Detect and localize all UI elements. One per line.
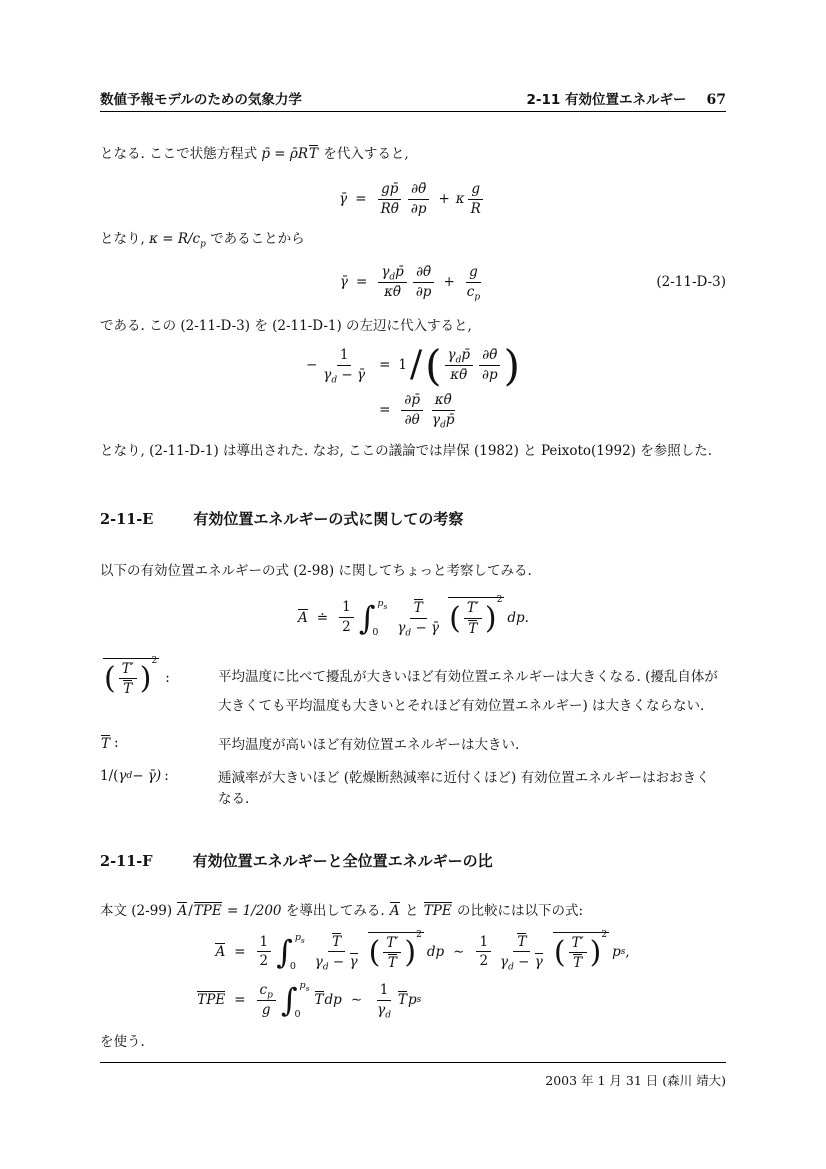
numerator: g	[471, 181, 480, 197]
math-token: − γ̄)	[132, 768, 161, 784]
limit-lower: 0	[372, 627, 387, 638]
equals-sign: =	[355, 191, 366, 207]
slash: /	[188, 903, 193, 919]
denominator: κθ̄	[384, 284, 401, 300]
text: であることから	[206, 231, 305, 247]
term-desc: 平均温度に比べて擾乱が大きいほど有効位置エネルギーは大きくなる. (擾乱自体が …	[218, 658, 726, 721]
fraction: κθ̄γdp̄	[429, 392, 458, 429]
math-token: 1/(	[100, 768, 118, 784]
text: を代入すると,	[319, 146, 409, 162]
section-heading-e: 2-11-E 有効位置エネルギーの式に関しての考察	[100, 508, 726, 529]
overline-T: T	[101, 735, 110, 753]
overline-T: T	[315, 991, 324, 1009]
overline-A: A	[390, 902, 400, 920]
section-number: 2-11-F	[100, 853, 153, 870]
term-math: T :	[100, 735, 218, 753]
overline-A: A	[177, 902, 187, 920]
math-token: p̄	[461, 347, 470, 363]
chapter-title: 2-11 有効位置エネルギー	[527, 88, 687, 108]
numerator: ∂θ̄	[411, 181, 426, 197]
header-right: 2-11 有効位置エネルギー 67	[527, 88, 726, 108]
limit-upper-sub: s	[383, 601, 387, 610]
integral: ∫ps0	[276, 932, 305, 972]
denominator: T	[573, 955, 582, 971]
fraction: ∂θ̄∂p	[413, 264, 435, 301]
math-token: = 1/200	[223, 903, 282, 919]
plus-sign: +	[438, 191, 449, 207]
math-token: p	[408, 992, 417, 1008]
text: と	[401, 903, 423, 919]
section-heading-f: 2-11-F 有効位置エネルギーと全位置エネルギーの比	[100, 850, 726, 871]
denominator: g	[262, 1002, 271, 1018]
fraction: ∂θ̄∂p	[479, 347, 501, 384]
page-header: 数値予報モデルのための気象力学 2-11 有効位置エネルギー 67	[100, 88, 726, 108]
numerator: T	[517, 934, 526, 950]
colon: :	[164, 768, 169, 784]
section-title: 有効位置エネルギーと全位置エネルギーの比	[193, 850, 493, 871]
big-slash: /	[410, 356, 422, 374]
denominator: ∂p	[482, 367, 498, 383]
term-desc: 平均温度が高いほど有効位置エネルギーは大きい.	[218, 735, 726, 756]
integral: ∫ps0	[281, 980, 310, 1020]
term-math: 1/(γd − γ̄):	[100, 768, 218, 784]
math-token: γ	[315, 954, 323, 970]
term-desc: 逓減率が大きいほど (乾燥断熱減率に近付くほど) 有効位置エネルギーはおおきく …	[218, 768, 726, 810]
equals-sign: =	[379, 402, 390, 418]
denominator: 2	[257, 952, 272, 970]
math-token: − γ̄	[411, 620, 439, 636]
section-number: 2-11-E	[100, 511, 153, 528]
paragraph-consider: 以下の有効位置エネルギーの式 (2-98) に関してちょっと考察してみる.	[100, 561, 726, 582]
term-list: (T′T)2 : 平均温度に比べて擾乱が大きいほど有効位置エネルギーは大きくなる…	[100, 658, 726, 810]
math-token: γ̄	[339, 191, 347, 207]
desc-line: 大きくても平均温度も大きいとそれほど有効位置エネルギー) は大きくならない.	[218, 692, 726, 721]
overline-TPE: TPE	[197, 991, 225, 1009]
math-token: p	[612, 944, 621, 960]
equation-number: (2-11-D-3)	[656, 274, 726, 290]
fraction: 12	[339, 599, 354, 636]
right-paren: )	[590, 945, 602, 962]
plus-sign: +	[443, 274, 454, 290]
overline-group: (T′T)2	[368, 932, 424, 973]
overline-T: T	[398, 991, 407, 1009]
fraction: 12	[257, 934, 272, 971]
fraction: γdp̄κθ̄	[378, 264, 407, 301]
numerator: T′	[122, 661, 134, 677]
equals-sign: =	[234, 944, 245, 960]
math-token: T	[101, 736, 110, 752]
math-token: γ	[432, 412, 440, 428]
text: となる. ここで状態方程式	[100, 146, 261, 162]
paragraph-ratio: 本文 (2-99) A/TPE = 1/200 を導出してみる. A と TPE…	[100, 901, 726, 922]
math-token: A	[390, 903, 400, 919]
denominator: ∂p	[411, 201, 427, 217]
left-paren: (	[369, 945, 381, 962]
comma: ,	[625, 944, 629, 960]
equals-sign: =	[379, 357, 390, 373]
colon: :	[114, 735, 119, 751]
left-paren: (	[104, 671, 116, 688]
paragraph-substitute: である. この (2-11-D-3) を (2-11-D-1) の左辺に代入する…	[100, 316, 726, 337]
subscript: d	[385, 1010, 391, 1020]
math-token: T	[315, 992, 324, 1008]
math-token: κ	[456, 191, 465, 207]
numerator: 1	[257, 934, 272, 953]
minus-sign: −	[329, 954, 349, 970]
integral: ∫ps0	[359, 598, 388, 638]
document-page: 数値予報モデルのための気象力学 2-11 有効位置エネルギー 67 となる. こ…	[0, 0, 826, 1169]
math-token: κ = R/c	[149, 231, 200, 247]
text: となり,	[100, 231, 149, 247]
fraction: 1γd − γ̄	[320, 347, 368, 384]
numerator: ∂θ̄	[416, 264, 431, 280]
numerator: T	[332, 934, 341, 950]
numerator: 1	[339, 599, 354, 618]
math-token: γ	[535, 954, 543, 970]
numerator: 1	[476, 934, 491, 953]
fraction: gcp	[464, 264, 483, 301]
numerator: T′	[572, 935, 584, 951]
equation-gamma-1: γ̄ = gp̄Rθ̄ ∂θ̄∂p + κ gR	[100, 175, 726, 223]
fraction: ∂p̄∂θ	[401, 392, 423, 429]
overline-TPE: TPE	[194, 902, 222, 920]
fraction: 1γd	[374, 982, 394, 1019]
text: を導出してみる.	[282, 903, 389, 919]
left-paren: (	[425, 355, 441, 376]
denominator: Rθ̄	[381, 201, 399, 217]
similar-sign: ∼	[351, 992, 362, 1008]
fraction: T′T	[119, 661, 137, 699]
fraction: cpg	[257, 982, 276, 1019]
fraction: T′T	[464, 600, 482, 638]
numerator: g	[469, 264, 478, 280]
fraction: Tγd − γ	[312, 933, 362, 972]
math-token: γ	[118, 768, 126, 784]
fraction: gp̄Rθ̄	[378, 181, 402, 218]
math-token: γ̄	[340, 274, 348, 290]
paragraph-intro: となる. ここで状態方程式 p̄ = ρ̄RT を代入すると,	[100, 144, 726, 165]
desc-line: なる.	[218, 789, 726, 810]
overline-TPE: TPE	[424, 902, 452, 920]
section-title: 有効位置エネルギーの式に関しての考察	[193, 508, 463, 529]
minus-sign: −	[306, 357, 317, 373]
similar-sign: ∼	[453, 944, 464, 960]
denominator: ∂θ	[405, 412, 420, 428]
limit-upper-sub: s	[301, 936, 305, 945]
denominator: κθ̄	[450, 367, 467, 383]
paragraph-use: を使う.	[100, 1032, 726, 1053]
math-token: TPE	[197, 992, 225, 1008]
subscript: p	[267, 991, 273, 1001]
page-number: 67	[707, 92, 726, 108]
math-token: p̄	[446, 412, 455, 428]
math-token: A	[298, 610, 308, 626]
desc-line: 逓減率が大きいほど (乾燥断熱減率に近付くほど) 有効位置エネルギーはおおきく	[218, 768, 726, 789]
denominator: ∂p	[416, 284, 432, 300]
math-token: γ	[377, 1002, 385, 1018]
fraction: 12	[476, 934, 491, 971]
numerator: T	[414, 600, 423, 616]
term-item-mean-temp: T : 平均温度が高いほど有効位置エネルギーは大きい.	[100, 735, 726, 756]
math-token: p̄ = ρ̄R	[261, 146, 308, 162]
math-token: dp	[325, 992, 342, 1008]
page-content: となる. ここで状態方程式 p̄ = ρ̄RT を代入すると, γ̄ = gp̄…	[100, 112, 726, 1053]
math-token: T	[398, 992, 407, 1008]
equation-ape: A ≐ 12 ∫ps0 Tγd − γ̄ (T′T)2 dp.	[100, 594, 726, 642]
numerator: ∂p̄	[404, 392, 420, 408]
left-paren: (	[449, 611, 461, 628]
math-token: A	[177, 903, 187, 919]
numerator: κθ̄	[435, 392, 452, 408]
text: 本文 (2-99)	[100, 903, 176, 919]
minus-sign: −	[514, 954, 534, 970]
math-token: 1	[398, 357, 407, 373]
math-token: TPE	[194, 903, 222, 919]
overline-group: (T′T)2	[448, 597, 504, 638]
left-paren: (	[554, 945, 566, 962]
doteq-sign: ≐	[317, 610, 328, 626]
math-token: γ	[448, 347, 456, 363]
math-token: dp	[427, 944, 444, 960]
math-token: p̄	[395, 264, 404, 280]
math-token: A	[215, 944, 225, 960]
desc-line: 平均温度に比べて擾乱が大きいほど有効位置エネルギーは大きくなる. (擾乱自体が	[218, 663, 726, 692]
term-item-variance: (T′T)2 : 平均温度に比べて擾乱が大きいほど有効位置エネルギーは大きくなる…	[100, 658, 726, 721]
math-token: T	[309, 146, 318, 162]
equals-sign: =	[234, 992, 245, 1008]
fraction: Tγd − γ	[497, 933, 547, 972]
numerator: gp̄	[381, 181, 398, 197]
limit-lower: 0	[290, 961, 305, 972]
colon: :	[165, 670, 170, 686]
equation-derivation: − 1γd − γ̄ = 1 / ( γdp̄κθ̄ ∂θ̄∂p ) = ∂p̄…	[100, 347, 726, 429]
denominator: 2	[339, 618, 354, 636]
numerator: T′	[467, 600, 479, 616]
fraction: T′T	[569, 935, 587, 973]
right-paren: )	[404, 945, 416, 962]
subscript: p	[474, 292, 480, 302]
overline-T: T	[309, 145, 318, 163]
overline-group: (T′T)2	[553, 932, 609, 973]
numerator: 1	[337, 347, 352, 366]
fraction: γdp̄κθ̄	[445, 347, 474, 384]
numerator: 1	[377, 982, 392, 1001]
book-title: 数値予報モデルのための気象力学	[100, 88, 302, 108]
denominator: T	[388, 955, 397, 971]
paragraph-derived: となり, (2-11-D-1) は導出された. なお, ここの議論では岸保 (1…	[100, 441, 726, 462]
footer-rule	[100, 1062, 726, 1063]
equation-comparison: A = 12 ∫ps0 Tγd − γ (T′T)2 dp ∼ 12 Tγd −…	[100, 932, 726, 1021]
fraction: T′T	[383, 935, 401, 973]
fraction: gR	[468, 181, 484, 218]
limit-upper-sub: s	[306, 984, 310, 993]
math-token: − γ̄	[337, 367, 365, 383]
fraction: ∂θ̄∂p	[408, 181, 430, 218]
fraction: Tγd − γ̄	[394, 599, 442, 637]
term-item-lapse-rate: 1/(γd − γ̄): 逓減率が大きいほど (乾燥断熱減率に近付くほど) 有効…	[100, 768, 726, 810]
math-token: γ	[500, 954, 508, 970]
overline-A: A	[215, 943, 225, 961]
overline-A: A	[298, 609, 308, 627]
page-footer: 2003 年 1 月 31 日 (森川 靖大)	[100, 1062, 726, 1089]
overline-group: (T′T)2	[103, 658, 159, 699]
equals-sign: =	[356, 274, 367, 290]
numerator: T′	[386, 935, 398, 951]
denominator: 2	[476, 952, 491, 970]
equation-2-11-D-3: γ̄ = γdp̄κθ̄ ∂θ̄∂p + gcp (2-11-D-3)	[100, 258, 726, 306]
right-paren: )	[140, 671, 152, 688]
term-math: (T′T)2 :	[100, 658, 218, 699]
denominator: T	[123, 681, 132, 697]
limit-lower: 0	[295, 1009, 310, 1020]
right-paren: )	[485, 611, 497, 628]
desc-line: 平均温度が高いほど有効位置エネルギーは大きい.	[218, 735, 726, 756]
paragraph-kappa: となり, κ = R/cp であることから	[100, 229, 726, 250]
denominator: T	[468, 621, 477, 637]
math-token: γ	[350, 954, 358, 970]
math-token: c	[260, 982, 268, 998]
text: の比較には以下の式:	[453, 903, 583, 919]
footer-date-author: 2003 年 1 月 31 日 (森川 靖大)	[100, 1071, 726, 1089]
numerator: ∂θ̄	[482, 347, 497, 363]
right-paren: )	[504, 355, 520, 376]
math-token: dp.	[507, 610, 529, 626]
math-token: TPE	[424, 903, 452, 919]
denominator: R	[471, 201, 481, 217]
